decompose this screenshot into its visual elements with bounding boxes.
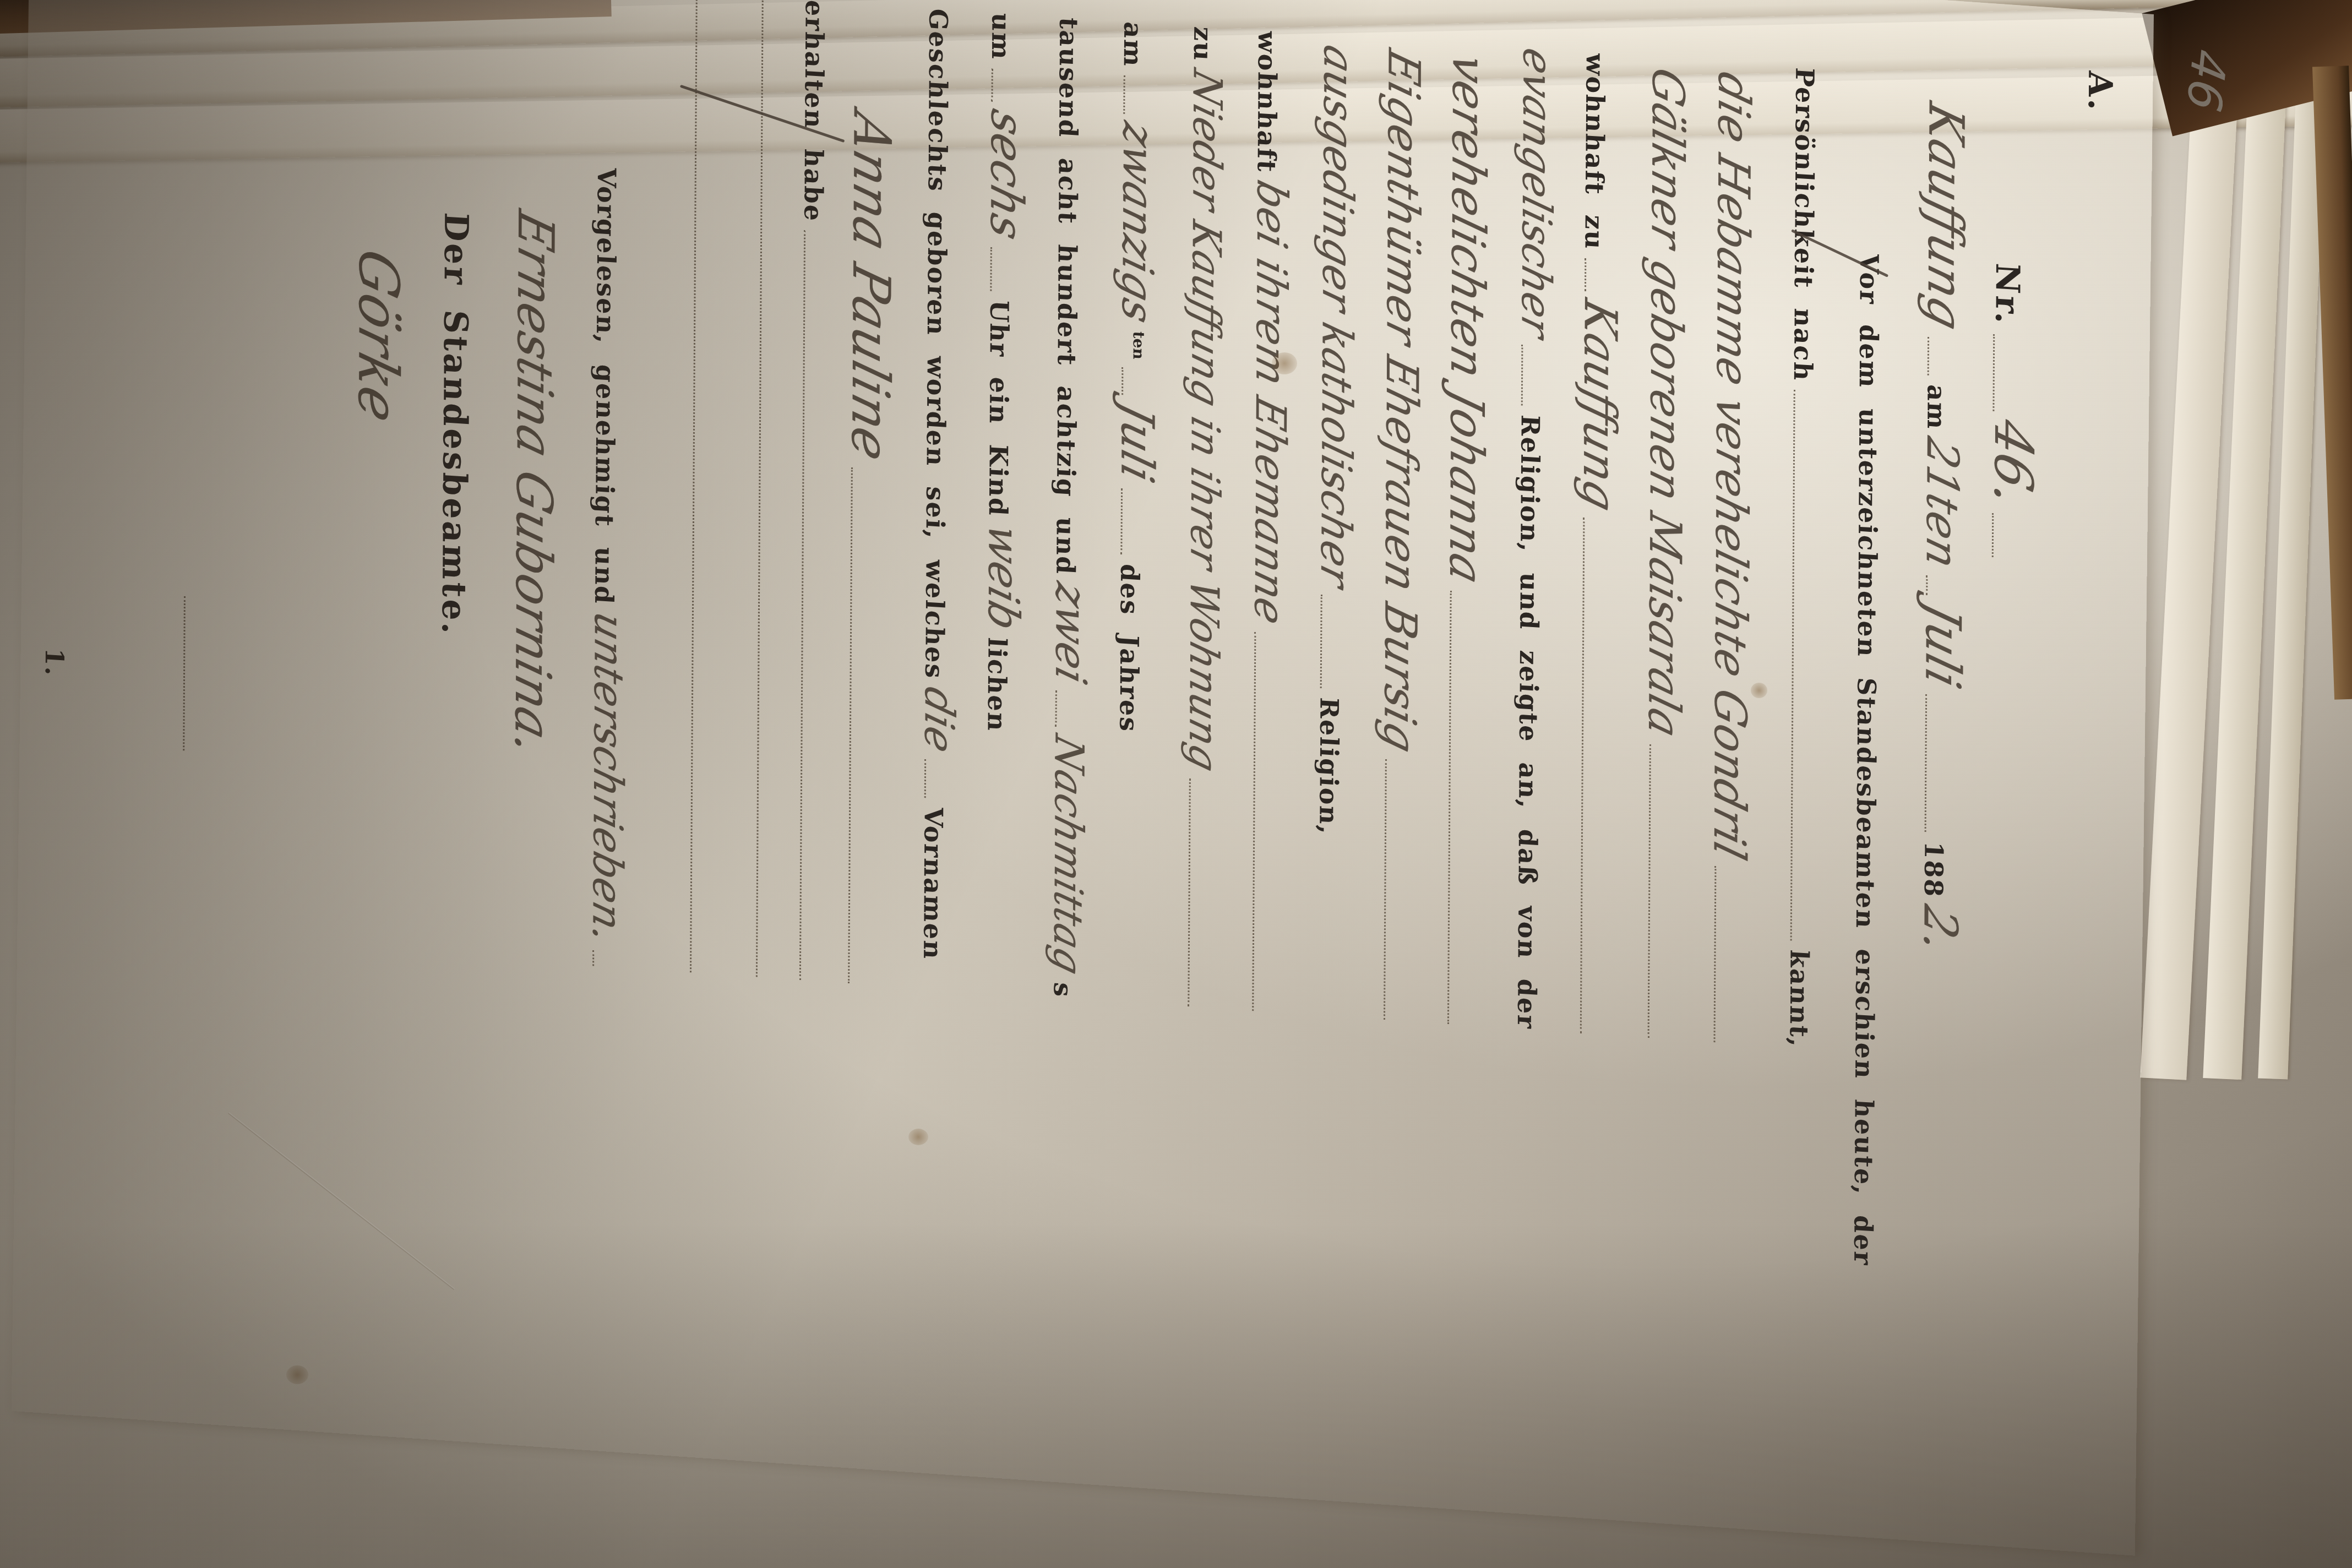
dotted-rule: [1320, 595, 1322, 688]
handwritten-entry: bei ihrem Ehemanne: [1250, 177, 1291, 629]
printed-form-text: 188: [1919, 841, 1949, 899]
handwritten-entry: zwanzigs: [1118, 118, 1157, 328]
dotted-rule: [690, 0, 698, 972]
form-line: Vorgelesen, genehmigt undunterschrieben.: [587, 167, 630, 968]
handwritten-entry: Nieder Kauffung in ihrer Wohnung: [1185, 66, 1225, 776]
paper-stain: [286, 1365, 308, 1384]
printed-form-text: Vor dem unterzeichneten Standesbeamten e…: [1848, 253, 1884, 1266]
handwritten-entry: Ernestina Gubornina.: [510, 206, 558, 760]
printed-form-text: Uhr ein Kind: [983, 300, 1014, 518]
printed-form-text: s: [1048, 982, 1077, 999]
dotted-rule: [1188, 778, 1191, 1006]
paper-stain: [1751, 683, 1767, 698]
form-line: wohnhaftbei ihrem Ehemanne: [1246, 30, 1292, 1013]
printed-form-text: kannt,: [1784, 949, 1814, 1049]
printed-form-text: zu: [1188, 26, 1218, 63]
handwritten-entry: Kauffung: [1923, 99, 1968, 335]
handwritten-entry: 2.: [1919, 901, 1961, 957]
handwritten-entry: evangelischer: [1517, 45, 1556, 342]
form-line: Persönlichkeit nachkannt,: [1784, 67, 1820, 1049]
printed-form-text: Der Standesbeamte.: [434, 211, 476, 638]
form-line: verehelichten Johanna: [1442, 55, 1489, 1026]
dotted-rule: [756, 0, 764, 977]
dotted-rule: [1928, 337, 1929, 375]
form-line: Eigenthümer Ehefrauen Bursig: [1378, 50, 1424, 1022]
dotted-rule: [183, 596, 186, 750]
handwritten-entry: sechs: [986, 106, 1027, 244]
printed-form-text: Vornamen: [918, 807, 949, 961]
form-line: Ernestina Gubornina.: [509, 211, 558, 963]
form-line: wohnhaft zuKauffung: [1575, 52, 1622, 1035]
paper-stain: [1272, 352, 1297, 374]
printed-form-text: lichen: [982, 637, 1012, 733]
printed-superscript: ten: [1130, 331, 1148, 360]
handwritten-entry: die: [921, 683, 957, 756]
form-line: umsechsUhr ein Kindweiblichen: [981, 12, 1028, 995]
handwritten-entry: Kauffung: [1578, 296, 1620, 516]
handwritten-entry: Nachmittag: [1050, 732, 1087, 979]
form-line: Gälkner geborenen Maisarala: [1642, 68, 1688, 1040]
dotted-rule: [1252, 632, 1256, 1011]
printed-form-text: wohnhaft zu: [1579, 52, 1610, 251]
handwritten-entry: 21ten: [1922, 434, 1962, 573]
handwritten-entry: ausgedinger katholischer: [1316, 42, 1357, 592]
form-line: tausend acht hundert achtzig undzweiNach…: [1048, 17, 1093, 999]
dotted-rule: [1925, 694, 1928, 832]
form-line: Anna Pauline: [843, 113, 895, 986]
handwritten-entry: Juli: [1921, 599, 1965, 693]
form-line: [176, 596, 186, 938]
printed-form-text: Persönlichkeit nach: [1788, 67, 1820, 382]
form-line: [684, 0, 698, 972]
form-line: Vor dem unterzeichneten Standesbeamten e…: [1849, 253, 1884, 1053]
form-line: 1.: [38, 647, 69, 930]
form-line: A.: [2075, 70, 2119, 1069]
printed-form-text: Geschlechts geboren worden sei, welches: [919, 8, 953, 680]
paper-stain: [908, 1129, 928, 1145]
printed-form-text: am: [1118, 21, 1148, 68]
dotted-rule: [990, 247, 992, 291]
dotted-rule: [1648, 744, 1651, 1038]
dotted-rule: [1585, 258, 1586, 291]
form-line: erhalten habe: [794, 0, 830, 982]
form-line: Geschlechts geboren worden sei, welchesd…: [918, 8, 962, 990]
wood-book-cover-edge: [2312, 66, 2352, 700]
form-line: die Hebamme verehelichte Gondril: [1708, 73, 1754, 1044]
dotted-rule: [1447, 591, 1452, 1025]
handwritten-entry: Görke: [353, 244, 404, 427]
dotted-rule: [1521, 345, 1523, 405]
printed-form-text: 1.: [40, 647, 69, 677]
dotted-rule: [1992, 334, 1995, 411]
form-line: amzwanzigstenJulides Jahres: [1112, 21, 1159, 1004]
form-line: [750, 0, 764, 977]
handwritten-entry: zwei: [1051, 579, 1090, 688]
photograph-of-register-page: 46 A.Nr.46.Kauffungam21tenJuli1882.Vor d…: [0, 0, 2352, 1568]
form-line: ausgedinger katholischerReligion,: [1313, 46, 1358, 1017]
dotted-rule: [848, 467, 853, 983]
dotted-rule: [1120, 488, 1123, 554]
document-page: A.Nr.46.Kauffungam21tenJuli1882.Vor dem …: [12, 0, 2154, 1556]
handwritten-entry: weib: [983, 520, 1022, 634]
printed-form-text: tausend acht hundert achtzig und: [1050, 17, 1084, 576]
handwritten-entry: Juli: [1116, 399, 1157, 486]
handwritten-entry: verehelichten Johanna: [1445, 50, 1489, 589]
dotted-rule: [1123, 75, 1125, 114]
pencil-page-number: 46: [2176, 45, 2236, 116]
dotted-rule: [991, 69, 993, 102]
form-line: Nr.46.: [1983, 262, 2038, 1064]
printed-form-text: am: [1921, 384, 1951, 431]
printed-form-text: Religion,: [1314, 696, 1344, 836]
handwritten-entry: Anna Pauline: [846, 108, 894, 466]
handwritten-entry: Eigenthümer Ehefrauen Bursig: [1380, 46, 1424, 756]
form-line: evangelischerReligion, und zeigte an, da…: [1512, 48, 1556, 1031]
dotted-rule: [1790, 390, 1795, 941]
handwritten-entry: unterschrieben.: [589, 609, 627, 948]
dotted-rule: [799, 230, 805, 980]
printed-form-text: erhalten habe: [798, 0, 829, 223]
dotted-rule: [1992, 513, 1994, 557]
form-line: Görke: [350, 250, 404, 952]
dotted-rule: [592, 950, 594, 966]
dotted-rule: [1926, 575, 1928, 595]
dotted-rule: [1384, 759, 1387, 1020]
printed-form-text: Nr.: [1988, 262, 2027, 327]
printed-form-text: Religion, und zeigte an, daß von der: [1512, 414, 1545, 1030]
form-line: Der Standesbeamte.: [432, 211, 475, 957]
printed-form-text: um: [986, 12, 1016, 62]
dotted-rule: [1055, 691, 1057, 727]
printed-form-text: Vorgelesen, genehmigt und: [589, 167, 622, 606]
handwritten-entry: die Hebamme verehelichte Gondril: [1709, 68, 1754, 863]
dotted-rule: [924, 759, 926, 798]
form-line: zuNieder Kauffung in ihrer Wohnung: [1182, 26, 1226, 1009]
dotted-rule: [1121, 367, 1123, 395]
form-line: Kauffungam21tenJuli1882.: [1918, 104, 1968, 1059]
handwritten-entry: Gälkner geborenen Maisarala: [1644, 64, 1687, 742]
handwritten-entry: 46.: [1989, 415, 2037, 511]
printed-form-text: des Jahres: [1114, 563, 1145, 733]
dotted-rule: [1714, 866, 1717, 1043]
printed-form-text: A.: [2081, 70, 2119, 114]
dotted-rule: [1580, 518, 1585, 1033]
printed-form-text: wohnhaft: [1252, 30, 1283, 174]
